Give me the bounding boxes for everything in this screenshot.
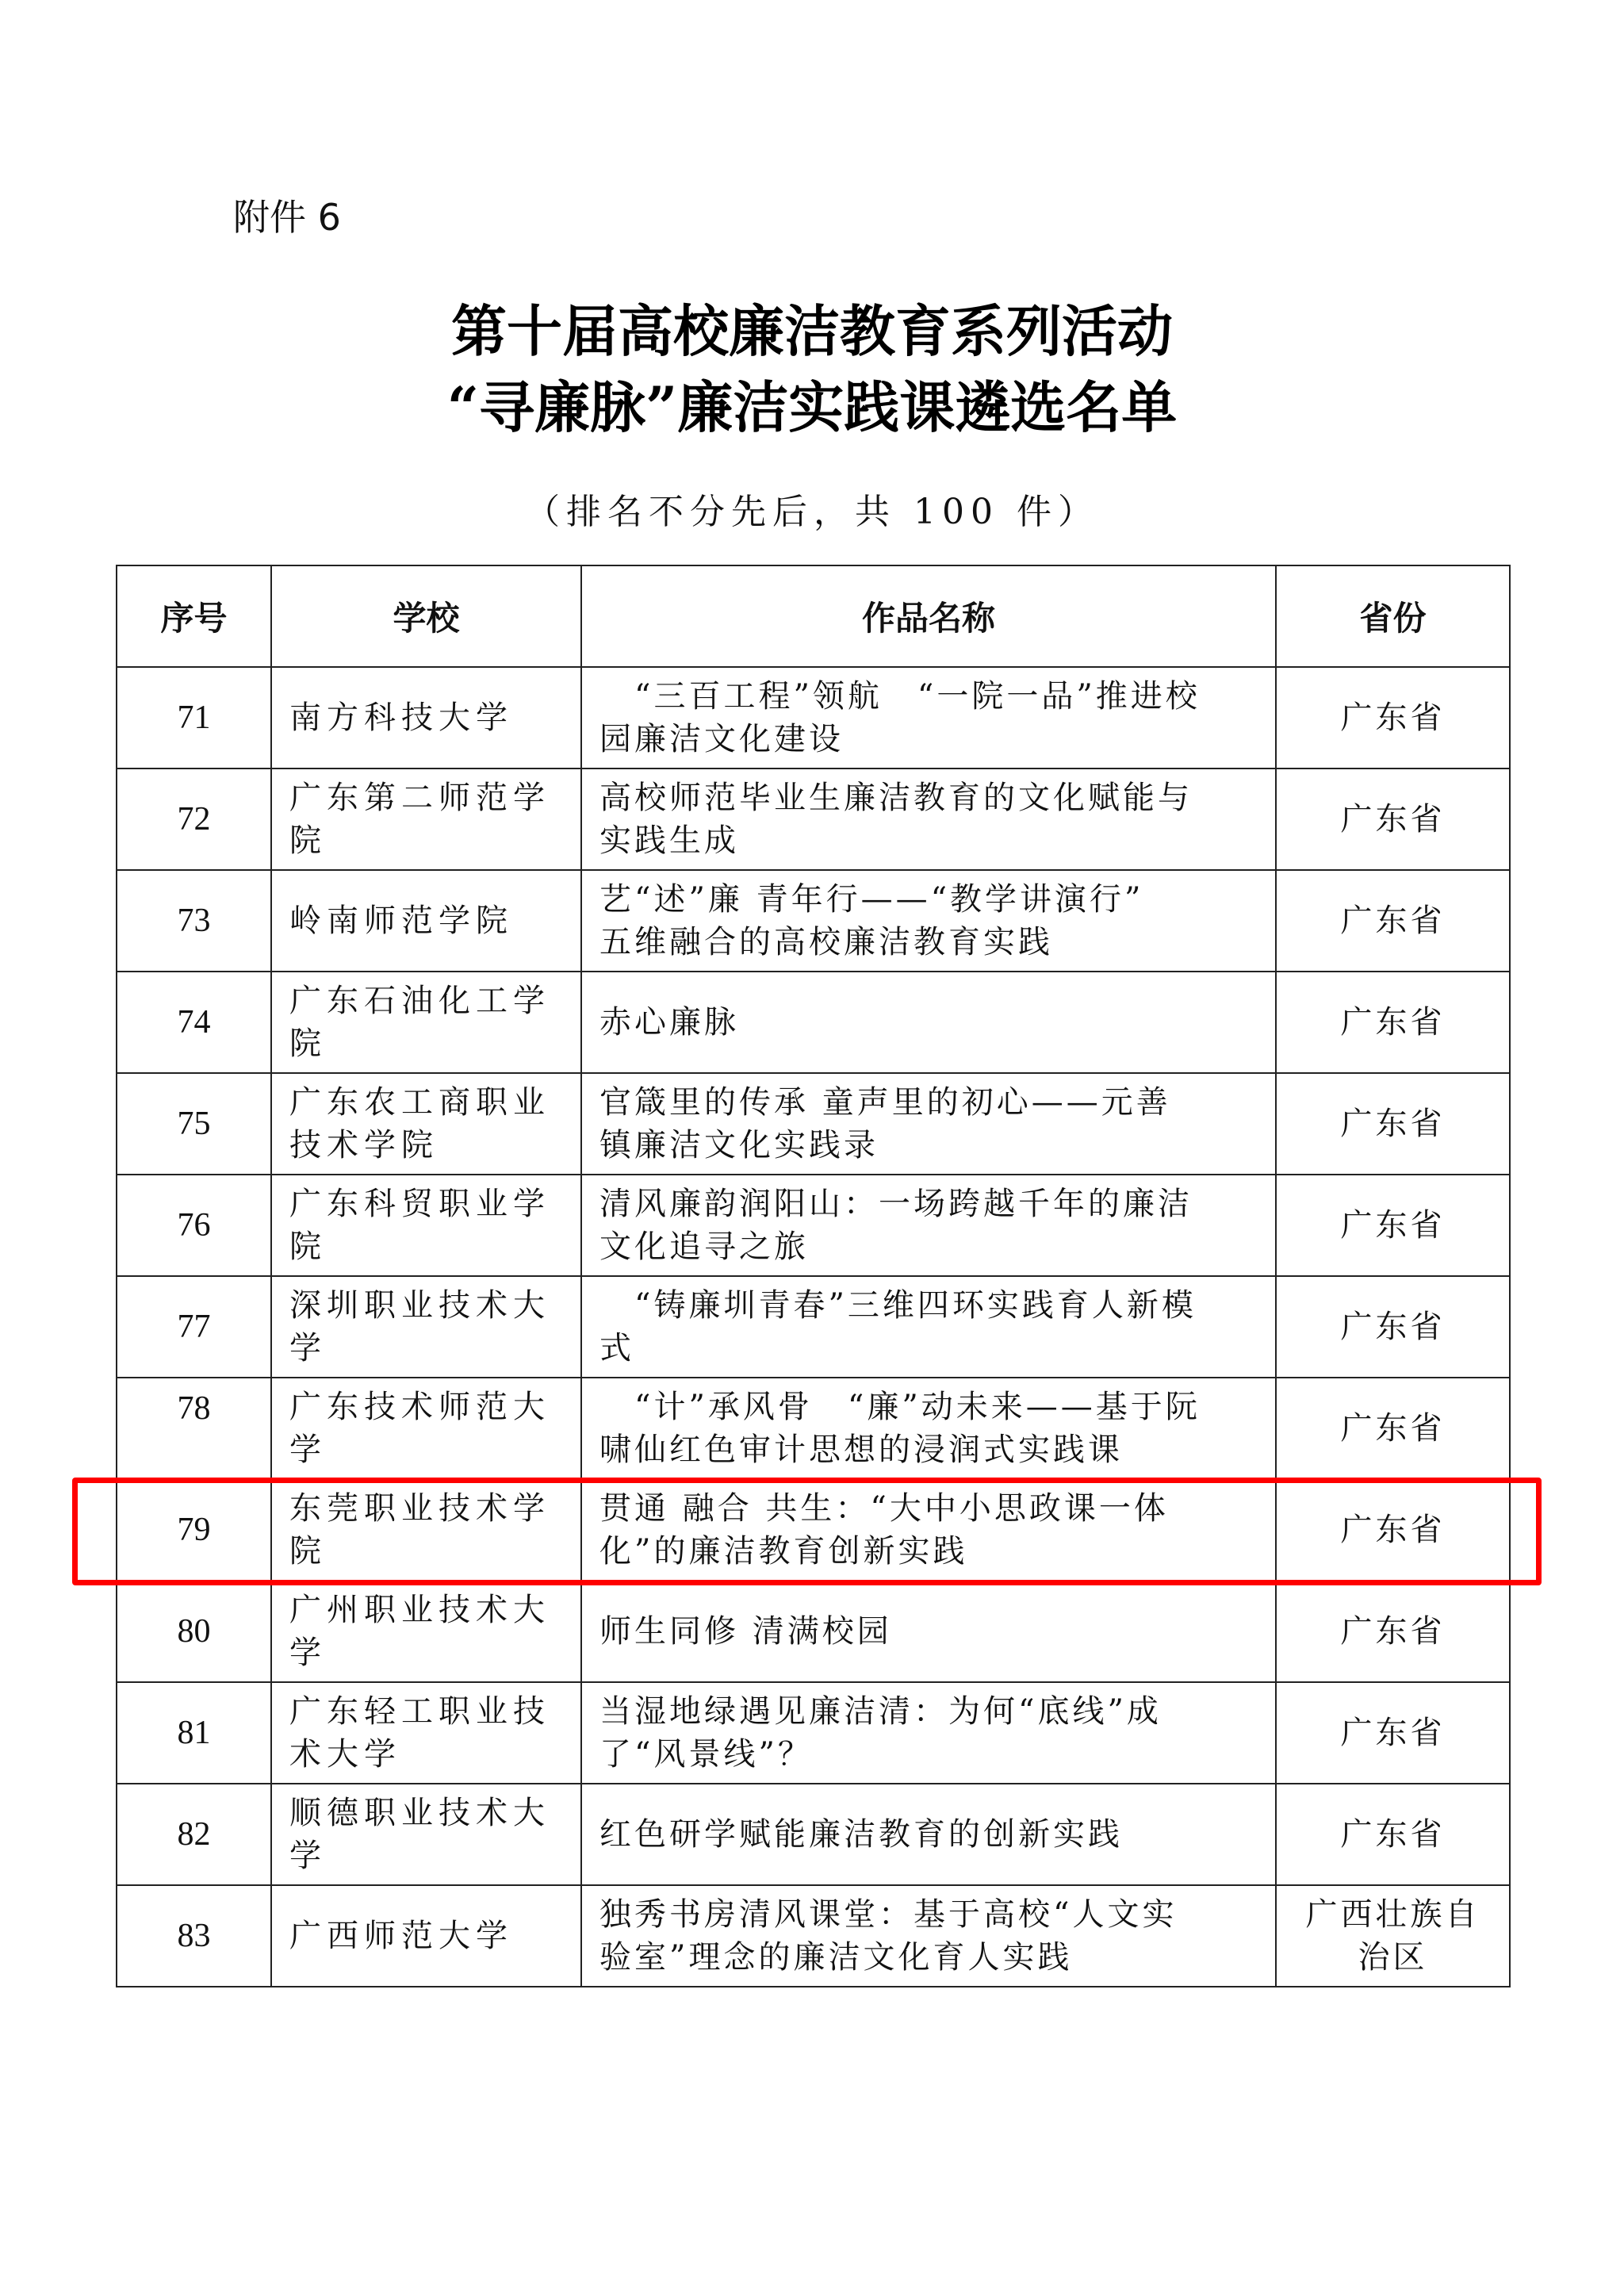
cell-province: 广东省: [1276, 1276, 1510, 1378]
work-title-line: 当湿地绿遇见廉洁清：为何“底线”成: [599, 1690, 1266, 1733]
cell-no: 75: [117, 1073, 271, 1175]
work-title-line: 园廉洁文化建设: [599, 718, 1266, 761]
cell-province: 广东省: [1276, 1581, 1510, 1682]
cell-province: 广西壮族自治区: [1276, 1885, 1510, 1987]
page-title-line1: 第十届高校廉洁教育系列活动: [0, 293, 1624, 370]
cell-work-title: 独秀书房清风课堂：基于高校“人文实验室”理念的廉洁文化育人实践: [581, 1885, 1276, 1987]
cell-no: 77: [117, 1276, 271, 1378]
row-number: 79: [178, 1512, 211, 1548]
school-name-line: 广东第二师范学: [289, 776, 580, 819]
table-row-highlighted: 79 东莞职业技术学院 贯通 融合 共生：“大中小思政课一体化”的廉洁教育创新实…: [117, 1479, 1510, 1581]
selection-list-table: 序号 学校 作品名称 省份 71 南方科技大学 “三百工程”领航 “一院一品”推…: [116, 565, 1511, 1987]
row-number: 76: [178, 1207, 211, 1244]
cell-province: 广东省: [1276, 1073, 1510, 1175]
province-line: 广东省: [1277, 899, 1509, 942]
school-name-line: 岭南师范学院: [289, 899, 580, 942]
work-title-line: 贯通 融合 共生：“大中小思政课一体: [599, 1487, 1266, 1530]
province-line: 广东省: [1277, 798, 1509, 841]
work-title-line: 艺“述”廉 青年行——“教学讲演行”: [599, 878, 1266, 921]
header-work: 作品名称: [581, 565, 1276, 667]
cell-work-title: 红色研学赋能廉洁教育的创新实践: [581, 1784, 1276, 1885]
work-title-line: 师生同修 清满校园: [599, 1610, 1266, 1653]
school-name-line: 学: [289, 1327, 580, 1370]
cell-no: 81: [117, 1682, 271, 1784]
table-row: 71 南方科技大学 “三百工程”领航 “一院一品”推进校园廉洁文化建设 广东省: [117, 667, 1510, 769]
province-line: 广西壮族自: [1277, 1893, 1509, 1936]
cell-province: 广东省: [1276, 972, 1510, 1073]
cell-no: 74: [117, 972, 271, 1073]
work-title-line: 啸仙红色审计思想的浸润式实践课: [599, 1428, 1266, 1471]
work-title-line: 红色研学赋能廉洁教育的创新实践: [599, 1813, 1266, 1856]
header-school-char2: 校: [427, 599, 460, 638]
province-line: 治区: [1277, 1936, 1509, 1979]
cell-school: 岭南师范学院: [271, 870, 581, 972]
table-row: 81 广东轻工职业技术大学 当湿地绿遇见廉洁清：为何“底线”成了“风景线”？ 广…: [117, 1682, 1510, 1784]
page-title-line2: “寻廉脉”廉洁实践课遴选名单: [0, 370, 1624, 446]
cell-province: 广东省: [1276, 1682, 1510, 1784]
row-number: 72: [178, 801, 211, 838]
cell-no: 83: [117, 1885, 271, 1987]
school-name-line: 技术学院: [289, 1124, 580, 1167]
row-number: 75: [178, 1106, 211, 1142]
table-header-row: 序号 学校 作品名称 省份: [117, 565, 1510, 667]
table-row: 76 广东科贸职业学院 清风廉韵润阳山：一场跨越千年的廉洁文化追寻之旅 广东省: [117, 1175, 1510, 1276]
province-line: 广东省: [1277, 696, 1509, 739]
cell-school: 广东石油化工学院: [271, 972, 581, 1073]
header-province: 省份: [1276, 565, 1510, 667]
work-title-line: 实践生成: [599, 819, 1266, 862]
table-body: 71 南方科技大学 “三百工程”领航 “一院一品”推进校园廉洁文化建设 广东省 …: [117, 667, 1510, 1987]
cell-school: 广东第二师范学院: [271, 769, 581, 870]
work-title-line: “三百工程”领航 “一院一品”推进校: [599, 675, 1266, 718]
cell-province: 广东省: [1276, 1479, 1510, 1581]
cell-province: 广东省: [1276, 870, 1510, 972]
cell-work-title: 官箴里的传承 童声里的初心——元善镇廉洁文化实践录: [581, 1073, 1276, 1175]
cell-no: 73: [117, 870, 271, 972]
province-line: 广东省: [1277, 1610, 1509, 1653]
school-name-line: 顺德职业技术大: [289, 1792, 580, 1834]
cell-no: 79: [117, 1479, 271, 1581]
cell-no: 72: [117, 769, 271, 870]
school-name-line: 学: [289, 1834, 580, 1877]
cell-work-title: “计”承风骨 “廉”动未来——基于阮啸仙红色审计思想的浸润式实践课: [581, 1378, 1276, 1479]
school-name-line: 院: [289, 1530, 580, 1573]
table-row: 75 广东农工商职业技术学院 官箴里的传承 童声里的初心——元善镇廉洁文化实践录…: [117, 1073, 1510, 1175]
school-name-line: 东莞职业技术学: [289, 1487, 580, 1530]
cell-no: 71: [117, 667, 271, 769]
school-name-line: 院: [289, 1022, 580, 1065]
school-name-line: 广东石油化工学: [289, 979, 580, 1022]
work-title-line: 文化追寻之旅: [599, 1225, 1266, 1268]
work-title-line: 清风廉韵润阳山：一场跨越千年的廉洁: [599, 1182, 1266, 1225]
attachment-label: 附件 6: [233, 194, 341, 241]
cell-school: 南方科技大学: [271, 667, 581, 769]
work-title-line: “铸廉圳青春”三维四环实践育人新模: [599, 1284, 1266, 1327]
cell-province: 广东省: [1276, 1378, 1510, 1479]
cell-no: 78: [117, 1378, 271, 1479]
cell-no: 82: [117, 1784, 271, 1885]
work-title-line: 独秀书房清风课堂：基于高校“人文实: [599, 1893, 1266, 1936]
cell-school: 广州职业技术大学: [271, 1581, 581, 1682]
cell-school: 顺德职业技术大学: [271, 1784, 581, 1885]
header-no: 序号: [117, 565, 271, 667]
province-line: 广东省: [1277, 1711, 1509, 1754]
work-title-line: 验室”理念的廉洁文化育人实践: [599, 1936, 1266, 1979]
row-number: 83: [178, 1918, 211, 1954]
work-title-line: 高校师范毕业生廉洁教育的文化赋能与: [599, 776, 1266, 819]
cell-school: 东莞职业技术学院: [271, 1479, 581, 1581]
school-name-line: 广东农工商职业: [289, 1081, 580, 1124]
table-row: 73 岭南师范学院 艺“述”廉 青年行——“教学讲演行”五维融合的高校廉洁教育实…: [117, 870, 1510, 972]
province-line: 广东省: [1277, 1001, 1509, 1044]
cell-work-title: 高校师范毕业生廉洁教育的文化赋能与实践生成: [581, 769, 1276, 870]
work-title-line: 赤心廉脉: [599, 1001, 1266, 1044]
row-number: 82: [178, 1816, 211, 1853]
work-title-line: 了“风景线”？: [599, 1733, 1266, 1776]
cell-school: 广东科贸职业学院: [271, 1175, 581, 1276]
cell-no: 80: [117, 1581, 271, 1682]
cell-work-title: 清风廉韵润阳山：一场跨越千年的廉洁文化追寻之旅: [581, 1175, 1276, 1276]
table-row: 78 广东技术师范大学 “计”承风骨 “廉”动未来——基于阮啸仙红色审计思想的浸…: [117, 1378, 1510, 1479]
row-number: 73: [178, 903, 211, 939]
row-number: 81: [178, 1715, 211, 1751]
work-title-line: 镇廉洁文化实践录: [599, 1124, 1266, 1167]
school-name-line: 学: [289, 1428, 580, 1471]
school-name-line: 广东轻工职业技: [289, 1690, 580, 1733]
work-title-line: 官箴里的传承 童声里的初心——元善: [599, 1081, 1266, 1124]
school-name-line: 院: [289, 1225, 580, 1268]
province-line: 广东省: [1277, 1508, 1509, 1551]
province-line: 广东省: [1277, 1102, 1509, 1145]
row-number: 74: [178, 1004, 211, 1041]
table-row: 74 广东石油化工学院 赤心廉脉 广东省: [117, 972, 1510, 1073]
school-name-line: 深圳职业技术大: [289, 1284, 580, 1327]
province-line: 广东省: [1277, 1813, 1509, 1856]
province-line: 广东省: [1277, 1407, 1509, 1450]
cell-work-title: “铸廉圳青春”三维四环实践育人新模式: [581, 1276, 1276, 1378]
table-row: 83 广西师范大学 独秀书房清风课堂：基于高校“人文实验室”理念的廉洁文化育人实…: [117, 1885, 1510, 1987]
table-row: 82 顺德职业技术大学 红色研学赋能廉洁教育的创新实践 广东省: [117, 1784, 1510, 1885]
cell-school: 广东轻工职业技术大学: [271, 1682, 581, 1784]
cell-school: 广东农工商职业技术学院: [271, 1073, 581, 1175]
cell-province: 广东省: [1276, 1784, 1510, 1885]
school-name-line: 南方科技大学: [289, 696, 580, 739]
work-title-line: 五维融合的高校廉洁教育实践: [599, 921, 1266, 964]
cell-school: 广西师范大学: [271, 1885, 581, 1987]
header-province-char2: 份: [1393, 599, 1427, 638]
cell-province: 广东省: [1276, 667, 1510, 769]
cell-province: 广东省: [1276, 769, 1510, 870]
school-name-line: 术大学: [289, 1733, 580, 1776]
school-name-line: 广东技术师范大: [289, 1386, 580, 1428]
page-subtitle: （排名不分先后，共 100 件）: [0, 489, 1624, 536]
school-name-line: 学: [289, 1631, 580, 1674]
school-name-line: 院: [289, 819, 580, 862]
cell-no: 76: [117, 1175, 271, 1276]
row-number: 80: [178, 1613, 211, 1650]
cell-work-title: 师生同修 清满校园: [581, 1581, 1276, 1682]
work-title-line: “计”承风骨 “廉”动未来——基于阮: [599, 1386, 1266, 1428]
school-name-line: 广东科贸职业学: [289, 1182, 580, 1225]
row-number: 71: [178, 700, 211, 736]
school-name-line: 广州职业技术大: [289, 1589, 580, 1631]
cell-work-title: “三百工程”领航 “一院一品”推进校园廉洁文化建设: [581, 667, 1276, 769]
cell-work-title: 赤心廉脉: [581, 972, 1276, 1073]
header-school: 学校: [271, 565, 581, 667]
school-name-line: 广西师范大学: [289, 1915, 580, 1957]
row-number: 78: [117, 1378, 270, 1428]
table-row: 72 广东第二师范学院 高校师范毕业生廉洁教育的文化赋能与实践生成 广东省: [117, 769, 1510, 870]
cell-school: 深圳职业技术大学: [271, 1276, 581, 1378]
table-row: 77 深圳职业技术大学 “铸廉圳青春”三维四环实践育人新模式 广东省: [117, 1276, 1510, 1378]
cell-work-title: 当湿地绿遇见廉洁清：为何“底线”成了“风景线”？: [581, 1682, 1276, 1784]
table-row: 80 广州职业技术大学 师生同修 清满校园 广东省: [117, 1581, 1510, 1682]
cell-work-title: 贯通 融合 共生：“大中小思政课一体化”的廉洁教育创新实践: [581, 1479, 1276, 1581]
row-number: 77: [178, 1309, 211, 1345]
work-title-line: 化”的廉洁教育创新实践: [599, 1530, 1266, 1573]
cell-work-title: 艺“述”廉 青年行——“教学讲演行”五维融合的高校廉洁教育实践: [581, 870, 1276, 972]
cell-school: 广东技术师范大学: [271, 1378, 581, 1479]
cell-province: 广东省: [1276, 1175, 1510, 1276]
province-line: 广东省: [1277, 1204, 1509, 1247]
province-line: 广东省: [1277, 1305, 1509, 1348]
work-title-line: 式: [599, 1327, 1266, 1370]
